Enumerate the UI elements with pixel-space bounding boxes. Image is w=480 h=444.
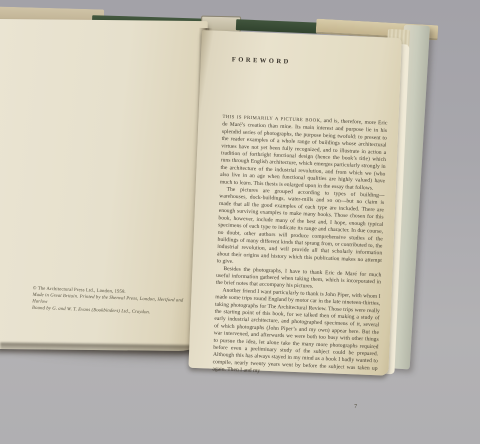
foreword-paragraph: THIS IS PRIMARILY A PICTURE BOOK, and is… <box>220 113 388 192</box>
right-page: FOREWORD THIS IS PRIMARILY A PICTURE BOO… <box>188 30 401 376</box>
photo-of-open-book: © The Architectural Press Ltd., London, … <box>0 0 480 444</box>
foreword-paragraph: The pictures are grouped according to ty… <box>217 185 385 271</box>
foreword-text-block: FOREWORD THIS IS PRIMARILY A PICTURE BOO… <box>211 55 397 410</box>
left-page: © The Architectural Press Ltd., London, … <box>0 19 208 351</box>
paragraph-text: The pictures are grouped according to ty… <box>217 186 385 264</box>
page-number: 7 <box>211 397 376 410</box>
foreword-body: THIS IS PRIMARILY A PICTURE BOOK, and is… <box>212 113 387 379</box>
foreword-paragraph: Another friend I want particularly to th… <box>212 286 380 379</box>
colophon: © The Architectural Press Ltd., London, … <box>32 285 193 317</box>
paragraph-text: Another friend I want particularly to th… <box>212 287 380 374</box>
page-title: FOREWORD <box>232 55 397 70</box>
paragraph-text: , and is, therefore, more Eric de Maré’s… <box>220 117 388 191</box>
